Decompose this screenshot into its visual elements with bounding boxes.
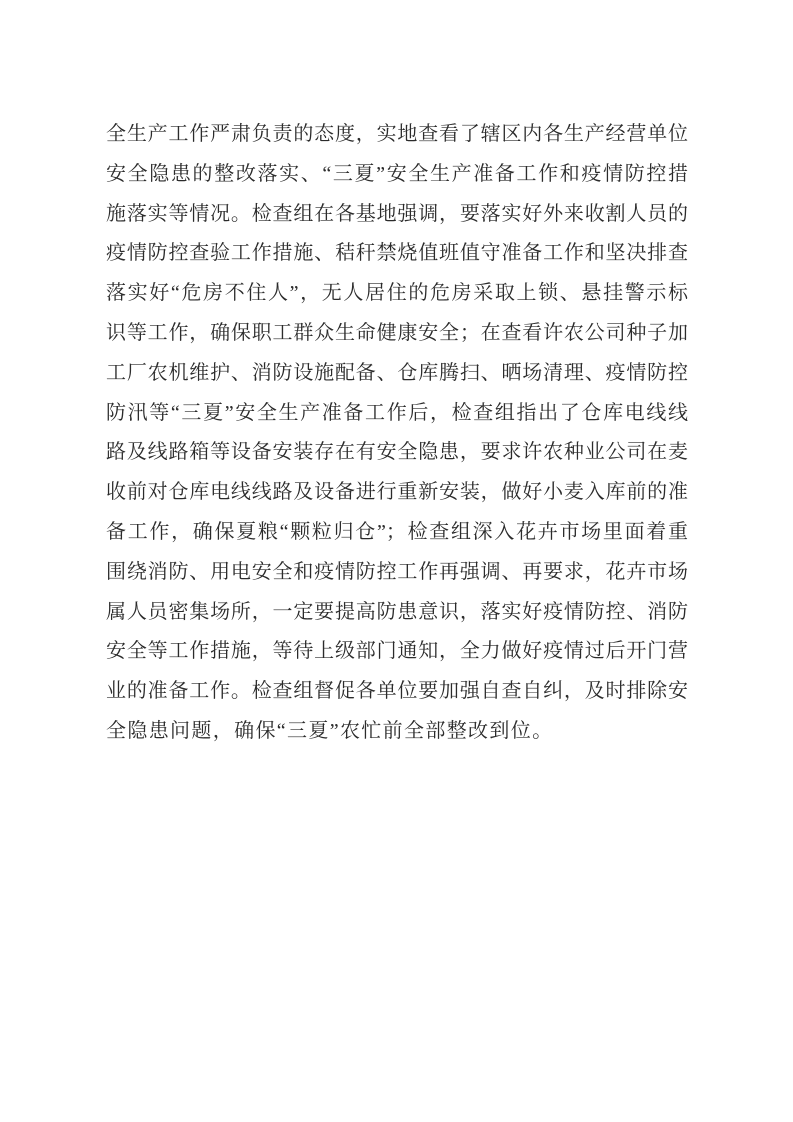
text-line: 疫情防控查验工作措施、秸秆禁烧值班值守准备工作和坚决排查 [106,234,688,274]
text-line: 全生产工作严肃负责的态度，实地查看了辖区内各生产经营单位 [106,115,688,155]
text-line: 围绕消防、用电安全和疫情防控工作再强调、再要求，花卉市场 [106,553,688,593]
text-line: 落实好“危房不住人”，无人居住的危房采取上锁、悬挂警示标 [106,274,688,314]
body-text: 全生产工作严肃负责的态度，实地查看了辖区内各生产经营单位 安全隐患的整改落实、“… [106,115,688,752]
text-line: 属人员密集场所，一定要提高防患意识，落实好疫情防控、消防 [106,593,688,633]
text-line: 施落实等情况。检查组在各基地强调，要落实好外来收割人员的 [106,195,688,235]
text-line: 识等工作，确保职工群众生命健康安全；在查看许农公司种子加 [106,314,688,354]
text-line: 全隐患问题，确保“三夏”农忙前全部整改到位。 [106,712,688,752]
document-page: 全生产工作严肃负责的态度，实地查看了辖区内各生产经营单位 安全隐患的整改落实、“… [0,0,793,1122]
text-line: 路及线路箱等设备安装存在有安全隐患，要求许农种业公司在麦 [106,433,688,473]
text-line: 业的准备工作。检查组督促各单位要加强自查自纠，及时排除安 [106,672,688,712]
text-line: 工厂农机维护、消防设施配备、仓库腾扫、晒场清理、疫情防控 [106,354,688,394]
text-line: 安全等工作措施，等待上级部门通知，全力做好疫情过后开门营 [106,632,688,672]
text-line: 防汛等“三夏”安全生产准备工作后，检查组指出了仓库电线线 [106,394,688,434]
text-line: 备工作，确保夏粮“颗粒归仓”；检查组深入花卉市场里面着重 [106,513,688,553]
text-line: 收前对仓库电线线路及设备进行重新安装，做好小麦入库前的准 [106,473,688,513]
text-line: 安全隐患的整改落实、“三夏”安全生产准备工作和疫情防控措 [106,155,688,195]
